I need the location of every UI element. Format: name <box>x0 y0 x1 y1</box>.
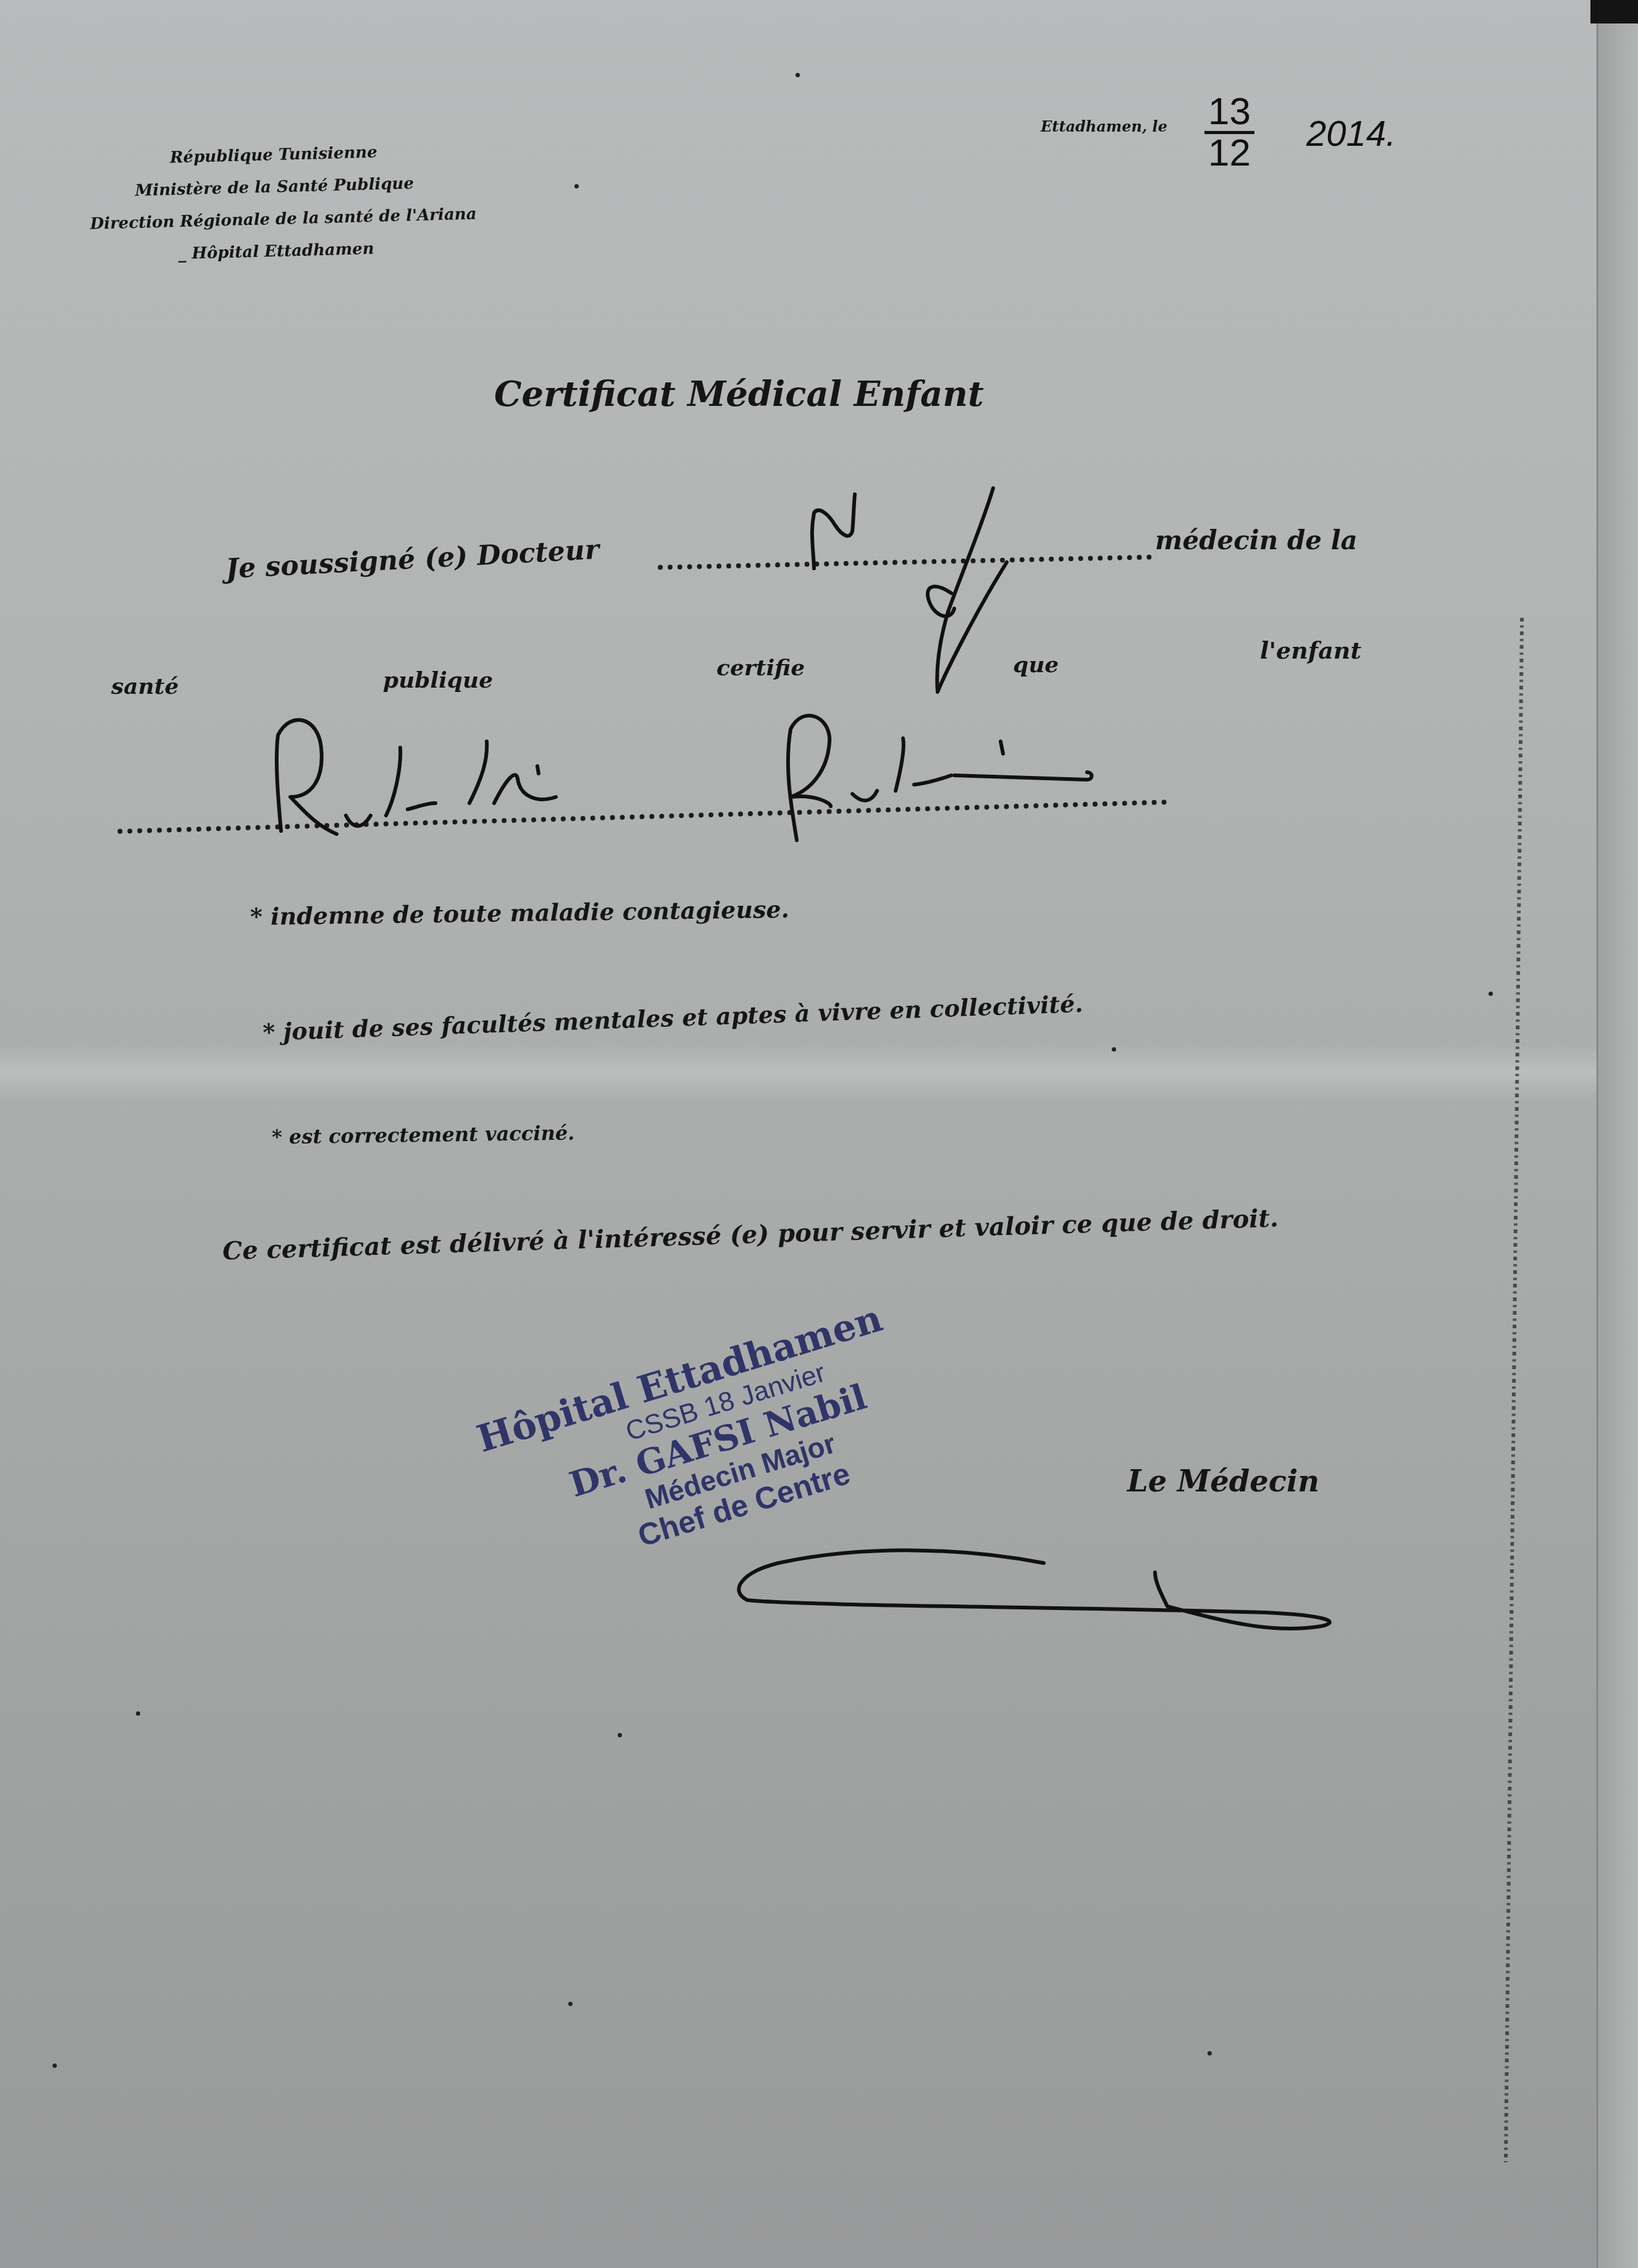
doctor-signature-stroke <box>739 1550 1330 1629</box>
word-certifie: certifie <box>716 655 805 681</box>
closing-statement: Ce certificat est délivré à l'intéressé … <box>222 1204 1279 1266</box>
paper-crease <box>0 1044 1638 1100</box>
clause-vaccinated: * est correctement vacciné. <box>272 1121 575 1149</box>
signature-label: Le Médecin <box>1127 1464 1319 1499</box>
handwritten-date: 13 12 2014. <box>1204 93 1254 172</box>
paper-right-edge <box>1597 0 1638 2268</box>
doctor-name-fill-line <box>658 555 1152 570</box>
word-publique: publique <box>383 667 493 693</box>
clause-text: est correctement vacciné. <box>289 1121 575 1149</box>
background-corner <box>1590 0 1638 23</box>
word-enfant: l'enfant <box>1260 636 1361 664</box>
clause-text: indemne de toute maladie contagieuse. <box>271 895 789 930</box>
date-year: 2014. <box>1306 115 1396 153</box>
scan-speck <box>136 1711 140 1716</box>
handwriting-strokes <box>0 0 1638 2268</box>
page-title: Certificat Médical Enfant <box>494 374 984 415</box>
hospital-stamp: Hôpital Ettadhamen CSSB 18 Janvier Dr. G… <box>472 1298 926 1590</box>
scan-speck <box>1112 1047 1116 1052</box>
clause-text: jouit de ses facultés mentales et aptes … <box>283 990 1083 1045</box>
child-last-name-stroke <box>788 715 1092 840</box>
scan-speck <box>618 1733 622 1737</box>
scan-speck <box>1207 2051 1212 2055</box>
word-sante: santé <box>111 673 178 699</box>
doctor-flourish-stroke <box>937 488 1007 692</box>
child-name-fill-line <box>117 799 1167 833</box>
scan-speck <box>568 2002 573 2006</box>
bullet-marker: * <box>250 903 263 930</box>
date-day: 13 <box>1204 93 1254 134</box>
scan-speck <box>52 2064 57 2068</box>
child-first-name-stroke <box>277 720 556 834</box>
bullet-marker: * <box>272 1125 282 1149</box>
scan-speck <box>1489 992 1493 996</box>
bullet-marker: * <box>262 1018 275 1047</box>
letterhead: République Tunisienne Ministère de la Sa… <box>88 134 461 272</box>
doctor-title-label: médecin de la <box>1155 525 1358 555</box>
date-month: 12 <box>1204 134 1254 172</box>
undersigned-doctor-label: Je soussigné (e) Docteur <box>225 534 600 585</box>
certificate-page: République Tunisienne Ministère de la Sa… <box>0 0 1638 2268</box>
clause-contagious-disease: * indemne de toute maladie contagieuse. <box>250 895 789 930</box>
date-label: Ettadhamen, le <box>1041 117 1167 135</box>
paper-fold-edge <box>1504 618 1524 2162</box>
scan-speck <box>796 73 800 77</box>
clause-mental-faculties: * jouit de ses facultés mentales et apte… <box>262 990 1083 1046</box>
word-que: que <box>1013 652 1059 678</box>
scan-speck <box>574 184 579 188</box>
doctor-initials-stroke <box>812 494 855 568</box>
